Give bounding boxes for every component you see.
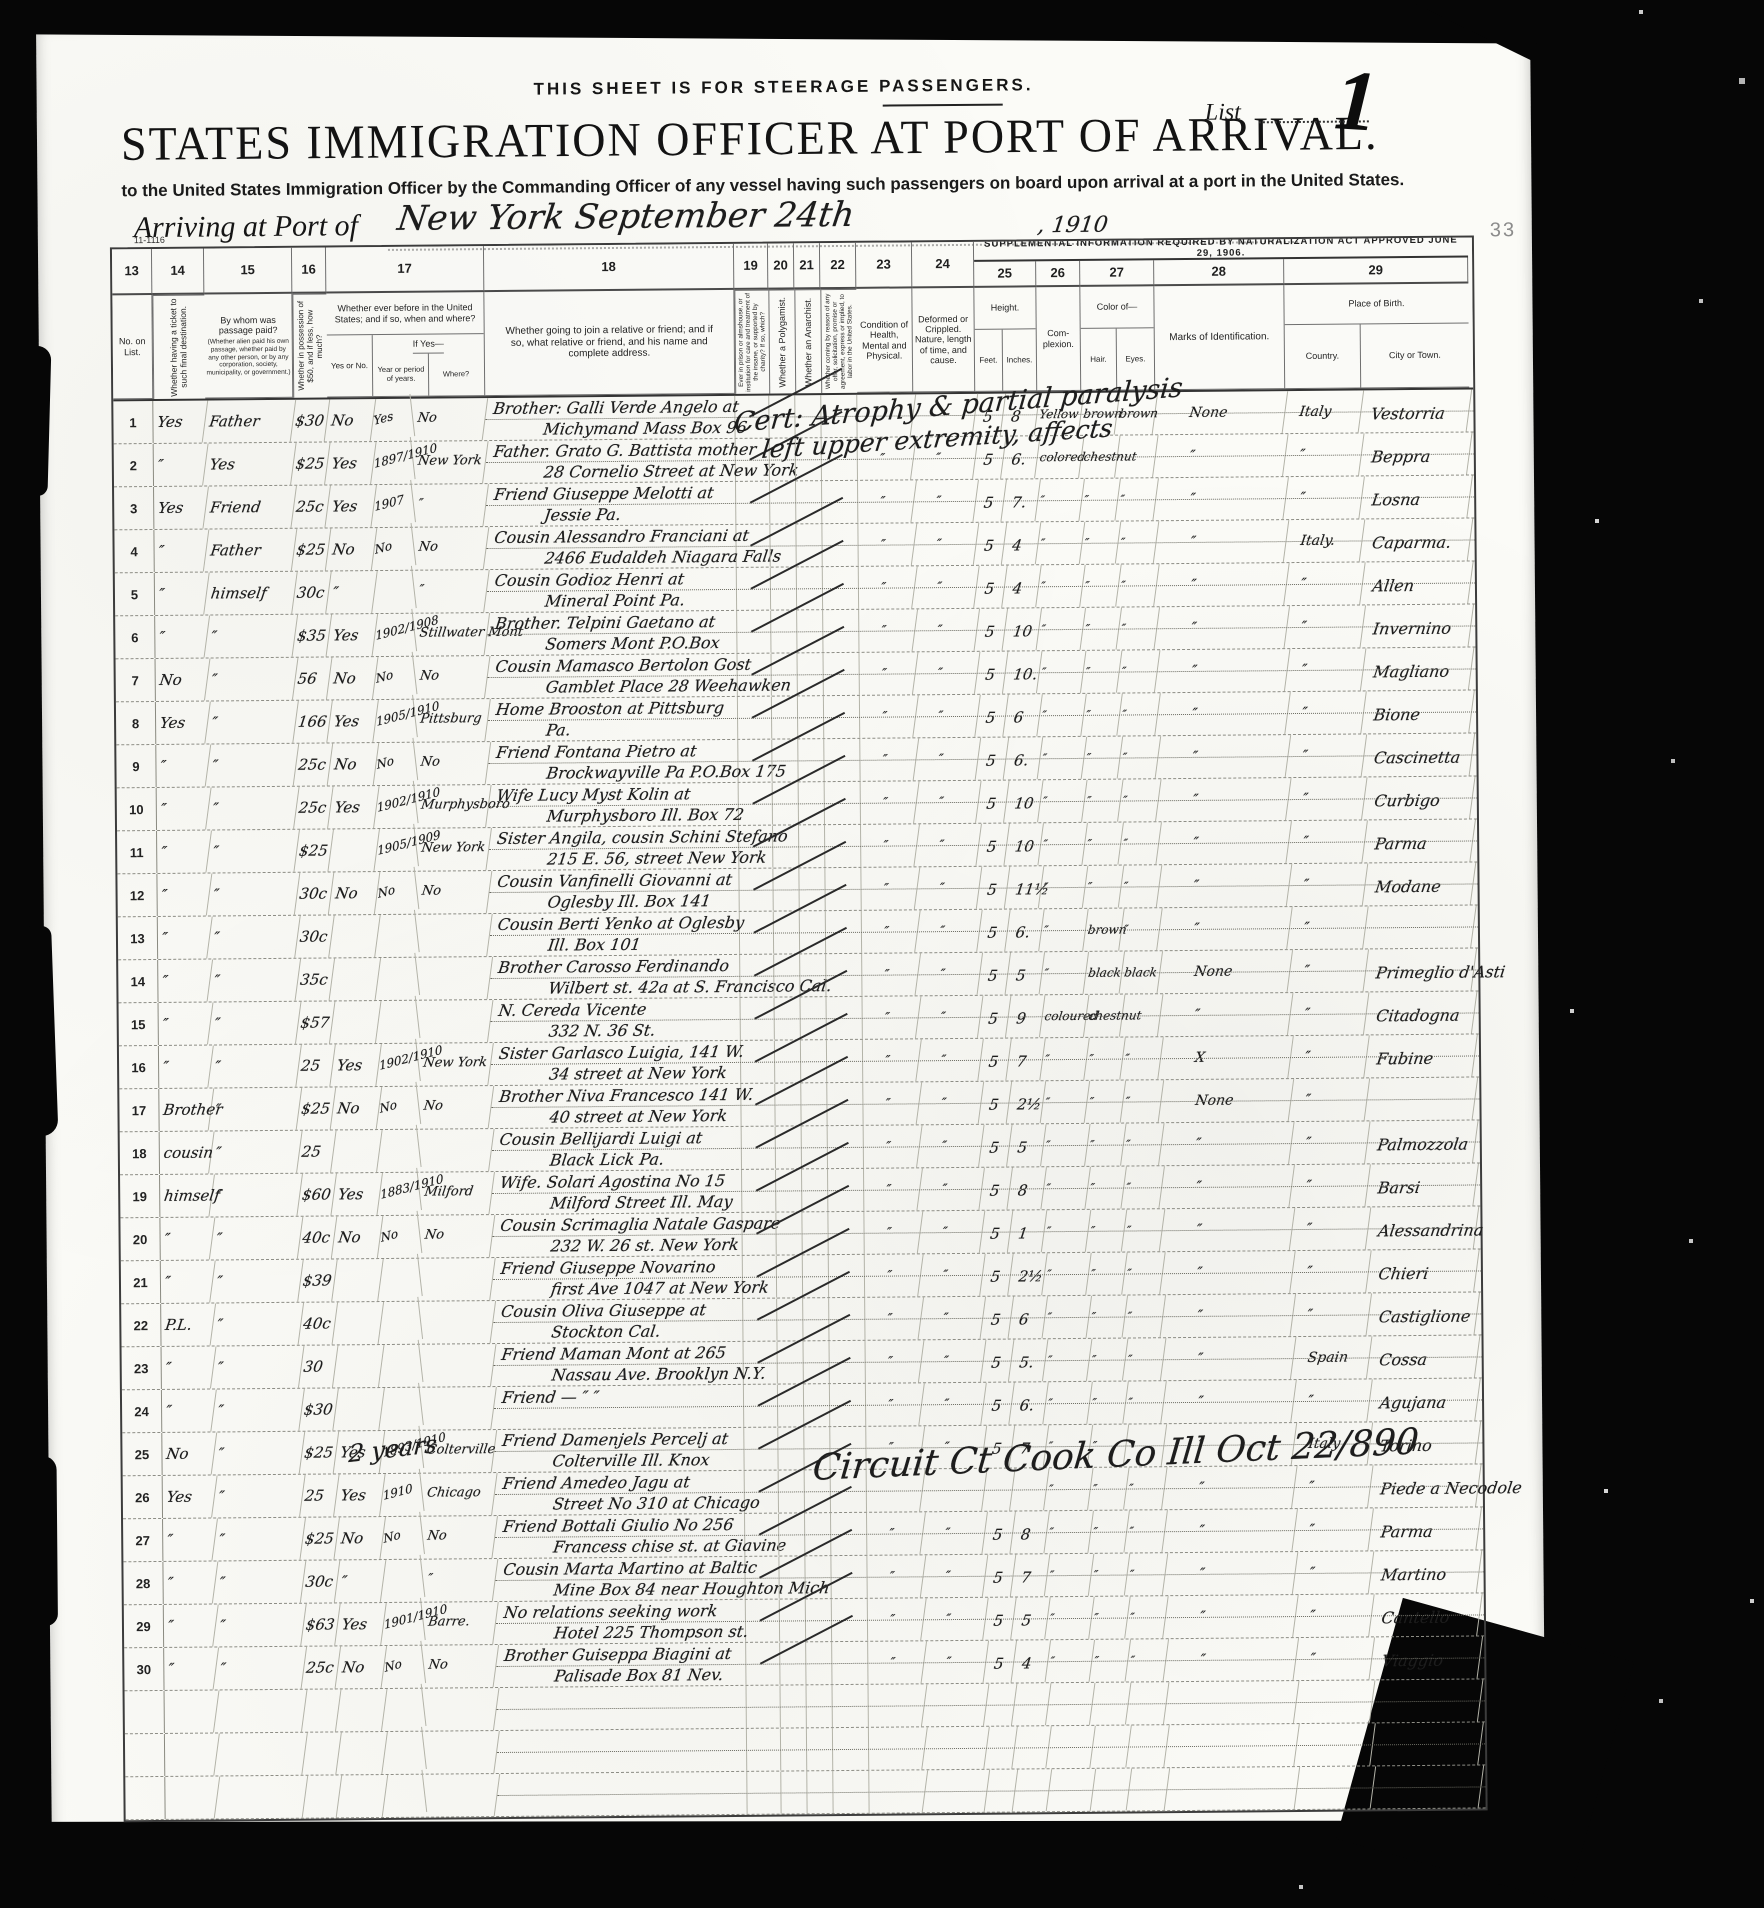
cell-health: ″ bbox=[858, 738, 920, 781]
cell-anarchist bbox=[802, 1212, 828, 1254]
cell-hair: ″ bbox=[1080, 522, 1122, 564]
cell-eyes bbox=[1127, 1768, 1171, 1810]
cell-deformed: ″ bbox=[918, 1254, 986, 1297]
cell-inches: 7. bbox=[1001, 479, 1041, 521]
cell-deformed: ″ bbox=[914, 738, 982, 781]
cell-health: ″ bbox=[865, 1598, 927, 1641]
cell-marks: ″ bbox=[1161, 1337, 1297, 1380]
cell-eyes: ″ bbox=[1125, 1553, 1169, 1595]
cell-ticket: ″ bbox=[161, 1561, 219, 1604]
cell-before-where bbox=[423, 1774, 501, 1817]
cell-anarchist bbox=[806, 1599, 832, 1641]
cell-paid-by: ″ bbox=[210, 1217, 304, 1260]
cell-hair: ″ bbox=[1086, 1210, 1128, 1252]
cell-paid-by: ″ bbox=[208, 959, 302, 1002]
cell-country: ″ bbox=[1285, 691, 1367, 734]
cell-complexion: ″ bbox=[1037, 608, 1087, 650]
cell-ticket: No bbox=[160, 1432, 218, 1475]
cell-relative: Brother Carosso Ferdinando Wilbert st. 4… bbox=[490, 955, 740, 999]
relative-line1: Cousin Marta Martino at Baltic bbox=[494, 1557, 746, 1580]
cell-complexion: ″ bbox=[1041, 1167, 1091, 1209]
cell-money: 30c bbox=[292, 571, 332, 613]
cell-labor bbox=[823, 610, 859, 652]
cell-hair: brown bbox=[1083, 909, 1125, 951]
cell-paid-by bbox=[214, 1733, 308, 1776]
cell-before-year bbox=[384, 1770, 428, 1822]
cell-before-yesno bbox=[333, 1302, 385, 1344]
cell-before-yesno: ″ bbox=[335, 1560, 387, 1602]
relative-line2: Gamblet Place 28 Weehawken bbox=[486, 675, 738, 698]
cell-inches: 5 bbox=[1011, 1597, 1051, 1639]
cell-eyes: ″ bbox=[1121, 1123, 1165, 1165]
cell-prison bbox=[742, 1170, 776, 1212]
cell-complexion bbox=[1046, 1683, 1096, 1725]
header-paid-by-note: (Whether alien paid his own passage, whe… bbox=[206, 338, 291, 377]
cell-before-yesno: Yes bbox=[327, 614, 379, 656]
cell-before-where: No bbox=[418, 1215, 496, 1258]
relative-line2: 34 street at New York bbox=[490, 1062, 742, 1085]
cell-complexion: colored bbox=[1035, 436, 1085, 478]
cell-before-yesno bbox=[336, 1732, 388, 1774]
cell-polygamist bbox=[781, 1685, 807, 1727]
cell-marks: ″ bbox=[1156, 778, 1292, 821]
cell-before-yesno: Yes bbox=[335, 1603, 387, 1645]
colnum-23: 23 bbox=[856, 242, 912, 288]
cell-prison bbox=[744, 1385, 778, 1427]
header-birth-main: Place of Birth. bbox=[1284, 284, 1468, 326]
cell-polygamist bbox=[777, 1255, 803, 1297]
cell-inches bbox=[1012, 1683, 1052, 1725]
cell-anarchist bbox=[803, 1298, 829, 1340]
cell-health: ″ bbox=[855, 437, 917, 480]
cell-country: ″ bbox=[1292, 1465, 1374, 1508]
cell-prison bbox=[745, 1557, 779, 1599]
header-before-in-us: Whether ever before in the United States… bbox=[326, 292, 485, 397]
cell-row-number: 13 bbox=[118, 917, 158, 959]
cell-before-yesno bbox=[333, 1345, 385, 1387]
cell-relative: Friend Amedeo Jagu at Street No 310 at C… bbox=[495, 1471, 745, 1515]
cell-prison bbox=[742, 1127, 776, 1169]
cell-inches bbox=[1010, 1468, 1050, 1510]
cell-prison bbox=[735, 396, 769, 438]
header-labor-agreement: Whether coming by reason of any offer, s… bbox=[820, 289, 857, 393]
cell-city bbox=[1371, 1765, 1485, 1808]
cell-polygamist bbox=[771, 567, 797, 609]
cell-paid-by: Friend bbox=[203, 486, 297, 529]
relative-line2: Colterville Ill. Knox bbox=[493, 1449, 745, 1472]
cell-health bbox=[855, 394, 917, 437]
cell-country: ″ bbox=[1288, 949, 1370, 992]
cell-labor bbox=[827, 997, 863, 1039]
cell-money: 56 bbox=[293, 657, 333, 699]
cell-eyes: ″ bbox=[1124, 1424, 1168, 1466]
cell-complexion: ″ bbox=[1036, 522, 1086, 564]
cell-polygamist bbox=[779, 1470, 805, 1512]
cell-ticket bbox=[163, 1776, 221, 1819]
cell-marks: ″ bbox=[1156, 821, 1292, 864]
relative-line1: Friend Damenjels Percelj at bbox=[493, 1428, 745, 1451]
header-year-period: Year or period of years. bbox=[374, 354, 429, 396]
cell-before-yesno: ″ bbox=[326, 571, 378, 613]
cell-hair: ″ bbox=[1081, 651, 1123, 693]
cell-paid-by: Father bbox=[204, 529, 298, 572]
cell-inches: 2½ bbox=[1008, 1253, 1048, 1295]
cell-marks: ″ bbox=[1162, 1466, 1298, 1509]
cell-before-where bbox=[422, 1731, 500, 1774]
cell-row-number: 1 bbox=[113, 401, 153, 443]
cell-health: ″ bbox=[862, 1211, 924, 1254]
relative-line2: Mineral Point Pa. bbox=[486, 589, 738, 612]
cell-polygamist bbox=[777, 1298, 803, 1340]
cell-paid-by bbox=[215, 1776, 309, 1819]
cell-complexion: ″ bbox=[1039, 866, 1089, 908]
cell-health: ″ bbox=[857, 609, 919, 652]
cell-marks: ″ bbox=[1155, 649, 1291, 692]
relative-line1: Cousin Oliva Giuseppe at bbox=[492, 1299, 744, 1322]
cell-anarchist bbox=[807, 1771, 833, 1813]
cell-complexion: ″ bbox=[1043, 1382, 1093, 1424]
cell-marks: None bbox=[1159, 1079, 1295, 1122]
cell-hair: ″ bbox=[1088, 1511, 1130, 1553]
cell-before-yesno bbox=[333, 1388, 385, 1430]
cell-polygamist bbox=[769, 395, 795, 437]
cell-labor bbox=[824, 696, 860, 738]
cell-money: 30 bbox=[299, 1345, 339, 1387]
cell-labor bbox=[829, 1255, 865, 1297]
header-join-relative: Whether going to join a relative or frie… bbox=[484, 290, 735, 396]
colnum-15: 15 bbox=[204, 248, 292, 295]
cell-city: Alessandrina bbox=[1366, 1206, 1480, 1249]
cell-labor bbox=[830, 1341, 866, 1383]
cell-eyes: ″ bbox=[1123, 1381, 1167, 1423]
cell-relative: Cousin Marta Martino at Baltic Mine Box … bbox=[495, 1557, 745, 1601]
header-inches: Inches. bbox=[1003, 329, 1037, 390]
cell-deformed: ″ bbox=[916, 1039, 984, 1082]
cell-polygamist bbox=[781, 1771, 807, 1813]
cell-anarchist bbox=[796, 481, 822, 523]
cell-before-yesno: No bbox=[336, 1646, 388, 1688]
cell-marks: ″ bbox=[1157, 907, 1293, 950]
cell-inches: 2½ bbox=[1007, 1081, 1047, 1123]
cell-prison bbox=[741, 1084, 775, 1126]
header-fifty-dollars: Whether in possession of $50, and if les… bbox=[292, 293, 327, 397]
relative-line2: Oglesby Ill. Box 141 bbox=[488, 890, 740, 913]
header-marks: Marks of Identification. bbox=[1154, 285, 1285, 390]
cell-relative bbox=[497, 1686, 747, 1730]
cell-city: Barsi bbox=[1365, 1163, 1479, 1206]
relative-line2: 332 N. 36 St. bbox=[489, 1019, 741, 1042]
cell-inches: 10. bbox=[1003, 651, 1043, 693]
cell-before-yesno bbox=[337, 1775, 389, 1817]
cell-inches bbox=[1012, 1726, 1052, 1768]
cell-country: ″ bbox=[1289, 1164, 1371, 1207]
cell-hair: ″ bbox=[1089, 1597, 1131, 1639]
cell-prison bbox=[744, 1428, 778, 1470]
cell-complexion: ″ bbox=[1042, 1253, 1092, 1295]
cell-anarchist bbox=[805, 1513, 831, 1555]
cell-before-where: No bbox=[415, 871, 493, 914]
cell-before-yesno: Yes bbox=[328, 786, 380, 828]
cell-before-where: No bbox=[413, 656, 491, 699]
cell-before-yesno: Yes bbox=[325, 442, 377, 484]
cell-inches: 5 bbox=[1007, 1124, 1047, 1166]
cell-city: Vestorria bbox=[1359, 389, 1473, 432]
cell-paid-by: ″ bbox=[206, 744, 300, 787]
cell-anarchist bbox=[804, 1384, 830, 1426]
cell-city bbox=[1370, 1722, 1484, 1765]
cell-money bbox=[302, 1689, 342, 1731]
header-where: Where? bbox=[429, 353, 483, 395]
cell-row-number: 10 bbox=[117, 788, 157, 830]
arriving-at-port-label: Arriving at Port of bbox=[134, 209, 358, 245]
relative-line2: Milford Street Ill. May bbox=[491, 1191, 743, 1214]
cell-ticket: ″ bbox=[158, 1260, 216, 1303]
cell-before-yesno: No bbox=[326, 528, 378, 570]
cell-deformed: ″ bbox=[921, 1598, 989, 1641]
cell-anarchist bbox=[807, 1728, 833, 1770]
cell-ticket bbox=[162, 1690, 220, 1733]
cell-eyes: ″ bbox=[1115, 478, 1159, 520]
cell-complexion: ″ bbox=[1045, 1554, 1095, 1596]
relative-line2: Francess chise st. at Giavine bbox=[494, 1535, 746, 1558]
cell-prison bbox=[736, 482, 770, 524]
cell-inches: 8 bbox=[1010, 1511, 1050, 1553]
cell-prison bbox=[747, 1729, 781, 1771]
header-color-of: Color of— Hair. Eyes. bbox=[1080, 286, 1155, 391]
cell-paid-by: ″ bbox=[212, 1475, 306, 1518]
relative-line2: 40 street at New York bbox=[490, 1105, 742, 1128]
cell-marks: ″ bbox=[1159, 1165, 1295, 1208]
cell-hair: ″ bbox=[1088, 1468, 1130, 1510]
cell-health: ″ bbox=[856, 566, 918, 609]
cell-relative: Wife Lucy Myst Kolin at Murphysboro Ill.… bbox=[489, 783, 739, 827]
cell-relative: Friend Maman Mont at 265 Nassau Ave. Bro… bbox=[494, 1342, 744, 1386]
cell-before-where bbox=[419, 1301, 497, 1344]
cell-inches: 5. bbox=[1009, 1339, 1049, 1381]
cell-marks: ″ bbox=[1163, 1595, 1299, 1638]
cell-health: ″ bbox=[856, 523, 918, 566]
cell-eyes: ″ bbox=[1117, 693, 1161, 735]
relative-line1: Friend Maman Mont at 265 bbox=[492, 1342, 744, 1365]
cell-inches: 6. bbox=[1001, 436, 1041, 478]
cell-prison bbox=[742, 1213, 776, 1255]
colnum-24: 24 bbox=[912, 242, 974, 289]
cell-deformed: ″ bbox=[920, 1426, 988, 1469]
cell-relative: Friend Bottali Giulio No 256 Francess ch… bbox=[495, 1514, 745, 1558]
cell-relative: Brother Guiseppa Biagini at Palisade Box… bbox=[496, 1643, 746, 1687]
header-paid-by: By whom was passage paid? (Whether alien… bbox=[204, 294, 293, 399]
cell-labor bbox=[829, 1298, 865, 1340]
cell-complexion bbox=[1046, 1726, 1096, 1768]
cell-complexion: ″ bbox=[1038, 823, 1088, 865]
cell-hair: chestnut bbox=[1079, 436, 1121, 478]
cell-ticket: ″ bbox=[156, 1002, 214, 1045]
cell-row-number: 27 bbox=[123, 1519, 163, 1561]
cell-relative: Sister Garlasco Luigia, 141 W. 34 street… bbox=[491, 1041, 741, 1085]
cell-hair: ″ bbox=[1090, 1640, 1132, 1682]
cell-complexion: ″ bbox=[1037, 651, 1087, 693]
cell-marks: None bbox=[1158, 950, 1294, 993]
header-no-on-list: No. on List. bbox=[112, 295, 153, 399]
cell-eyes: ″ bbox=[1120, 1037, 1164, 1079]
cell-before-where: No bbox=[411, 398, 489, 441]
cell-eyes: ″ bbox=[1121, 1166, 1165, 1208]
cell-row-number: 24 bbox=[122, 1390, 162, 1432]
cell-ticket: ″ bbox=[156, 959, 214, 1002]
colnum-26: 26 bbox=[1036, 261, 1080, 287]
cell-money: 166 bbox=[293, 700, 333, 742]
cell-relative: Cousin Mamasco Bertolon Gost Gamblet Pla… bbox=[488, 654, 738, 698]
cell-health: ″ bbox=[860, 996, 922, 1039]
cell-country: ″ bbox=[1290, 1207, 1372, 1250]
relative-line2: Somers Mont P.O.Box bbox=[486, 632, 738, 655]
relative-line1: Home Brooston at Pittsburg bbox=[487, 697, 739, 720]
cell-hair bbox=[1090, 1683, 1132, 1725]
cell-before-yesno: Yes bbox=[330, 1044, 382, 1086]
relative-line1: Brother: Galli Verde Angelo at bbox=[484, 396, 736, 419]
cell-marks: ″ bbox=[1161, 1294, 1297, 1337]
cell-labor bbox=[828, 1212, 864, 1254]
cell-prison bbox=[746, 1600, 780, 1642]
cell-city: Castiglione bbox=[1367, 1292, 1481, 1335]
relative-line1: Cousin Bellijardi Luigi at bbox=[490, 1127, 742, 1150]
cell-before-where: ″ bbox=[412, 570, 490, 613]
cell-row-number: 3 bbox=[114, 487, 154, 529]
cell-polygamist bbox=[774, 911, 800, 953]
cell-complexion: ″ bbox=[1045, 1597, 1095, 1639]
cell-complexion: ″ bbox=[1038, 737, 1088, 779]
cell-anarchist bbox=[802, 1126, 828, 1168]
cell-eyes bbox=[1126, 1725, 1170, 1767]
cell-before-yesno: Yes bbox=[327, 700, 379, 742]
list-number-stamp: 1 bbox=[1332, 49, 1381, 151]
cell-complexion: ″ bbox=[1046, 1640, 1096, 1682]
cell-money: 35c bbox=[296, 958, 336, 1000]
cell-eyes: ″ bbox=[1119, 865, 1163, 907]
cell-anarchist bbox=[795, 395, 821, 437]
cell-prison bbox=[739, 869, 773, 911]
cell-marks: ″ bbox=[1154, 520, 1290, 563]
cell-country: Spain bbox=[1291, 1336, 1373, 1379]
cell-paid-by: himself bbox=[204, 572, 298, 615]
cell-before-yesno: No bbox=[327, 657, 379, 699]
cell-before-yesno: Yes bbox=[334, 1474, 386, 1516]
cell-marks: ″ bbox=[1164, 1638, 1300, 1681]
cell-money: $25 bbox=[294, 829, 334, 871]
scan-noise bbox=[0, 0, 2, 2]
cell-deformed bbox=[922, 1727, 990, 1770]
cell-health bbox=[866, 1727, 928, 1770]
page-title: STATES IMMIGRATION OFFICER AT PORT OF AR… bbox=[121, 105, 1379, 171]
relative-line2: Jessie Pa. bbox=[485, 503, 737, 526]
cell-before-yesno: No bbox=[329, 872, 381, 914]
cell-row-number: 11 bbox=[117, 831, 157, 873]
cell-before-yesno bbox=[329, 915, 381, 957]
colnum-20: 20 bbox=[768, 243, 794, 289]
cell-deformed: ″ bbox=[912, 523, 980, 566]
colnum-16: 16 bbox=[292, 247, 326, 293]
cell-labor bbox=[822, 481, 858, 523]
cell-eyes: ″ bbox=[1119, 908, 1163, 950]
cell-health: ″ bbox=[860, 1039, 922, 1082]
cell-eyes: ″ bbox=[1118, 779, 1162, 821]
cell-health: ″ bbox=[864, 1426, 926, 1469]
cell-ticket: ″ bbox=[154, 787, 212, 830]
cell-deformed: ″ bbox=[915, 910, 983, 953]
cell-ticket: ″ bbox=[159, 1389, 217, 1432]
cell-relative: Brother. Telpini Gaetano at Somers Mont … bbox=[487, 611, 737, 655]
relative-line1: Cousin Berti Yenko at Oglesby bbox=[488, 912, 740, 935]
cell-before-where bbox=[416, 1000, 494, 1043]
cell-country: ″ bbox=[1286, 820, 1368, 863]
cell-prison bbox=[740, 955, 774, 997]
cell-anarchist bbox=[805, 1556, 831, 1598]
relative-line2: Pa. bbox=[487, 718, 739, 741]
year-handwritten: , 1910 bbox=[1036, 213, 1109, 239]
cell-paid-by: ″ bbox=[206, 830, 300, 873]
cell-health: ″ bbox=[862, 1254, 924, 1297]
cell-country: ″ bbox=[1292, 1508, 1374, 1551]
cell-eyes: ″ bbox=[1117, 607, 1161, 649]
cell-row-number: 14 bbox=[118, 960, 158, 1002]
cell-polygamist bbox=[771, 610, 797, 652]
cell-eyes: ″ bbox=[1116, 521, 1160, 563]
cell-hair: ″ bbox=[1082, 823, 1124, 865]
relative-line1: Brother Carosso Ferdinando bbox=[489, 955, 741, 978]
cell-ticket: ″ bbox=[153, 616, 211, 659]
cell-marks: ″ bbox=[1153, 434, 1289, 477]
relative-line2: 2466 Eudaldeh Niagara Falls bbox=[485, 546, 737, 569]
cell-anarchist bbox=[803, 1255, 829, 1297]
cell-hair: ″ bbox=[1082, 780, 1124, 822]
cell-hair bbox=[1091, 1769, 1133, 1811]
cell-anarchist bbox=[805, 1470, 831, 1512]
cell-before-where: Colterville bbox=[420, 1430, 498, 1473]
cell-money: $30 bbox=[299, 1388, 339, 1430]
relative-line1: Sister Garlasco Luigia, 141 W. bbox=[490, 1041, 742, 1064]
cell-relative bbox=[497, 1729, 747, 1773]
cell-paid-by: ″ bbox=[210, 1260, 304, 1303]
cell-eyes: ″ bbox=[1124, 1467, 1168, 1509]
cell-money bbox=[303, 1775, 343, 1817]
form-number: 11-1116 bbox=[134, 235, 165, 245]
cell-country: ″ bbox=[1285, 605, 1367, 648]
cell-deformed: ″ bbox=[920, 1512, 988, 1555]
cell-paid-by: ″ bbox=[207, 873, 301, 916]
cell-money: 30c bbox=[295, 915, 335, 957]
cell-country: ″ bbox=[1290, 1250, 1372, 1293]
cell-anarchist bbox=[798, 696, 824, 738]
cell-city: Parma bbox=[1368, 1507, 1482, 1550]
cell-ticket: ″ bbox=[152, 573, 210, 616]
cell-ticket: ″ bbox=[160, 1518, 218, 1561]
cell-deformed: ″ bbox=[911, 437, 979, 480]
cell-inches: 9 bbox=[1006, 995, 1046, 1037]
cell-anarchist bbox=[797, 567, 823, 609]
colnum-19: 19 bbox=[734, 244, 768, 290]
relative-line1: Friend — ″ ″ bbox=[493, 1385, 745, 1408]
cell-hair: ″ bbox=[1087, 1382, 1129, 1424]
cell-ticket: Yes bbox=[160, 1475, 218, 1518]
cell-city: Cantello bbox=[1369, 1593, 1483, 1636]
cell-polygamist bbox=[775, 1083, 801, 1125]
cell-before-yesno: Yes bbox=[325, 485, 377, 527]
colnum-17: 17 bbox=[326, 246, 484, 293]
cell-eyes bbox=[1126, 1682, 1170, 1724]
cell-anarchist bbox=[798, 739, 824, 781]
cell-marks bbox=[1164, 1681, 1300, 1724]
header-country: Country. bbox=[1285, 324, 1362, 388]
